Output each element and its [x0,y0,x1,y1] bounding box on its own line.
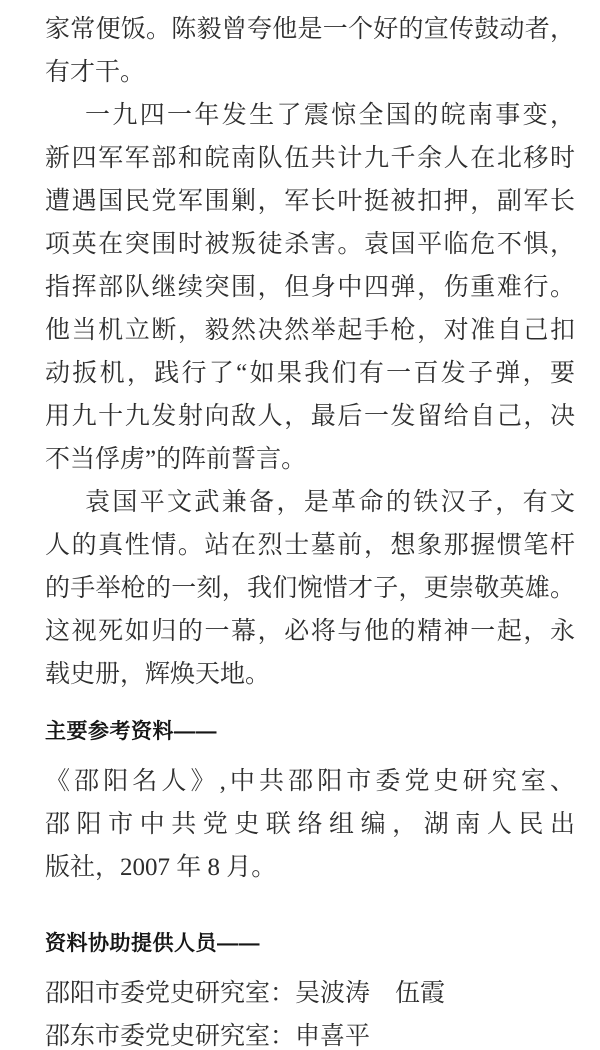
article-line: 袁国平文武兼备，是革命的铁汉子，有文 [45,481,575,524]
article-line: 指挥部队继续突围，但身中四弹，伤重难行。 [45,266,575,309]
article-line: 新四军军部和皖南队伍共计九千余人在北移时 [45,137,575,180]
paragraph: 家常便饭。陈毅曾夸他是一个好的宣传鼓动者， 有才干。 [45,8,575,94]
article-line: 这视死如归的一幕，必将与他的精神一起，永 [45,610,575,653]
references-heading: 主要参考资料—— [45,717,575,747]
references-block: 《邵阳名人》,中共邵阳市委党史研究室、 邵阳市中共党史联络组编，湖南人民出 版社… [45,760,575,889]
article-line: 的手举枪的一刻，我们惋惜才子，更崇敬英雄。 [45,567,575,610]
paragraph: 袁国平文武兼备，是革命的铁汉子，有文 人的真性情。站在烈士墓前，想象那握惯笔杆 … [45,481,575,696]
contributors-block: 邵阳市委党史研究室：吴波涛 伍霞 邵东市委党史研究室：申喜平 [45,972,575,1050]
reference-line: 《邵阳名人》,中共邵阳市委党史研究室、 [45,760,575,803]
book-page: 家常便饭。陈毅曾夸他是一个好的宣传鼓动者， 有才干。 一九四一年发生了震惊全国的… [0,0,600,1050]
article-line: 有才干。 [45,51,575,94]
article-line: 载史册，辉焕天地。 [45,653,575,696]
contributors-heading: 资料协助提供人员—— [45,929,575,959]
article-line: 家常便饭。陈毅曾夸他是一个好的宣传鼓动者， [45,8,575,51]
contributor-line: 邵阳市委党史研究室：吴波涛 伍霞 [45,972,575,1015]
article-line: 人的真性情。站在烈士墓前，想象那握惯笔杆 [45,524,575,567]
contributor-line: 邵东市委党史研究室：申喜平 [45,1015,575,1050]
article-line: 他当机立断，毅然决然举起手枪，对准自己扣 [45,309,575,352]
article-line: 项英在突围时被叛徒杀害。袁国平临危不惧， [45,223,575,266]
reference-line: 版社，2007 年 8 月。 [45,846,575,889]
paragraph: 一九四一年发生了震惊全国的皖南事变， 新四军军部和皖南队伍共计九千余人在北移时 … [45,94,575,481]
article-line: 动扳机，践行了“如果我们有一百发子弹，要 [45,352,575,395]
article-line: 一九四一年发生了震惊全国的皖南事变， [45,94,575,137]
article-line: 用九十九发射向敌人，最后一发留给自己，决 [45,395,575,438]
reference-line: 邵阳市中共党史联络组编，湖南人民出 [45,803,575,846]
article-line: 不当俘虏”的阵前誓言。 [45,438,575,481]
article-body: 家常便饭。陈毅曾夸他是一个好的宣传鼓动者， 有才干。 一九四一年发生了震惊全国的… [45,8,575,696]
article-line: 遭遇国民党军围剿，军长叶挺被扣押，副军长 [45,180,575,223]
